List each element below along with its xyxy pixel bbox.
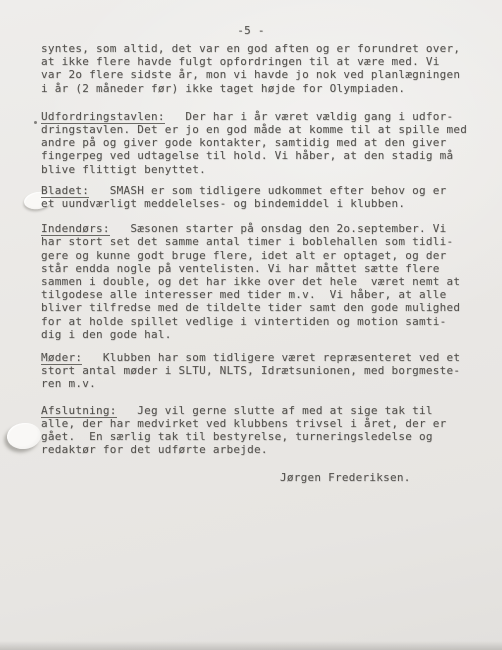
ink-speck bbox=[34, 121, 37, 124]
text-line: fingerpeg ved udtagelse til hold. Vi håb… bbox=[41, 149, 473, 162]
paragraph: Indendørs: Sæsonen starter på onsdag den… bbox=[41, 222, 473, 341]
text-line: at ikke flere havde fulgt opfordringen t… bbox=[41, 55, 473, 68]
text-line: dringstavlen. Det er jo en god måde at k… bbox=[41, 123, 473, 136]
text-line: stort antal møder i SLTU, NLTS, Idrætsun… bbox=[41, 364, 473, 377]
text-line: tilgodese alle interesser med tider m.v.… bbox=[41, 288, 473, 301]
text-line: Indendørs: Sæsonen starter på onsdag den… bbox=[41, 222, 473, 235]
text-line: gået. En særlig tak til bestyrelse, turn… bbox=[41, 430, 473, 443]
paragraph: Bladet: SMASH er som tidligere udkommet … bbox=[41, 184, 473, 210]
text-line: blive flittigt benyttet. bbox=[41, 163, 473, 176]
paragraph-heading: Afslutning: bbox=[41, 404, 117, 418]
paragraphs: syntes, som altid, det var en god aften … bbox=[41, 42, 473, 456]
text-line: ren m.v. bbox=[41, 377, 473, 390]
text-line: bliver tilfredse med de tildelte tider s… bbox=[41, 301, 473, 314]
paragraph: syntes, som altid, det var en god aften … bbox=[41, 42, 473, 95]
paragraph-heading: Møder: bbox=[41, 351, 82, 365]
text-line: står endda nogle på ventelisten. Vi har … bbox=[41, 262, 473, 275]
text-line: Afslutning: Jeg vil gerne slutte af med … bbox=[41, 404, 473, 417]
document-body: syntes, som altid, det var en god aften … bbox=[41, 42, 473, 485]
document-page: -5 - syntes, som altid, det var en god a… bbox=[0, 0, 502, 650]
text-line: har stort set det samme antal timer i bo… bbox=[41, 235, 473, 248]
text-line: for at holde spillet vedlige i vintertid… bbox=[41, 315, 473, 328]
text-line: Bladet: SMASH er som tidligere udkommet … bbox=[41, 184, 473, 197]
text-line: var 2o flere sidste år, mon vi havde jo … bbox=[41, 68, 473, 81]
text-line: sammen i double, og det har ikke over de… bbox=[41, 275, 473, 288]
paragraph: Møder: Klubben har som tidligere været r… bbox=[41, 351, 473, 391]
signature: Jørgen Frederiksen. bbox=[41, 471, 473, 484]
text-line: Udfordringstavlen: Der har i år været væ… bbox=[41, 110, 473, 123]
page-number: -5 - bbox=[0, 24, 502, 37]
text-line: andre på og giver gode kontakter, samtid… bbox=[41, 136, 473, 149]
text-line: i år (2 måneder før) ikke taget højde fo… bbox=[41, 82, 473, 95]
text-line: dig i den gode hal. bbox=[41, 328, 473, 341]
paragraph-heading: Indendørs: bbox=[41, 222, 110, 236]
text-line: Møder: Klubben har som tidligere været r… bbox=[41, 351, 473, 364]
text-line: alle, der har medvirket ved klubbens tri… bbox=[41, 417, 473, 430]
punch-hole-bottom bbox=[6, 421, 43, 450]
paragraph-heading: Udfordringstavlen: bbox=[41, 110, 165, 124]
text-line: et uundværligt meddelelses- og bindemidd… bbox=[41, 197, 473, 210]
paragraph: Udfordringstavlen: Der har i år været væ… bbox=[41, 110, 473, 176]
paragraph: Afslutning: Jeg vil gerne slutte af med … bbox=[41, 404, 473, 457]
text-line: syntes, som altid, det var en god aften … bbox=[41, 42, 473, 55]
paragraph-heading: Bladet: bbox=[41, 184, 89, 198]
text-line: gere og kunne godt bruge flere, idet alt… bbox=[41, 249, 473, 262]
text-line: redaktør for det udførte arbejde. bbox=[41, 443, 473, 456]
